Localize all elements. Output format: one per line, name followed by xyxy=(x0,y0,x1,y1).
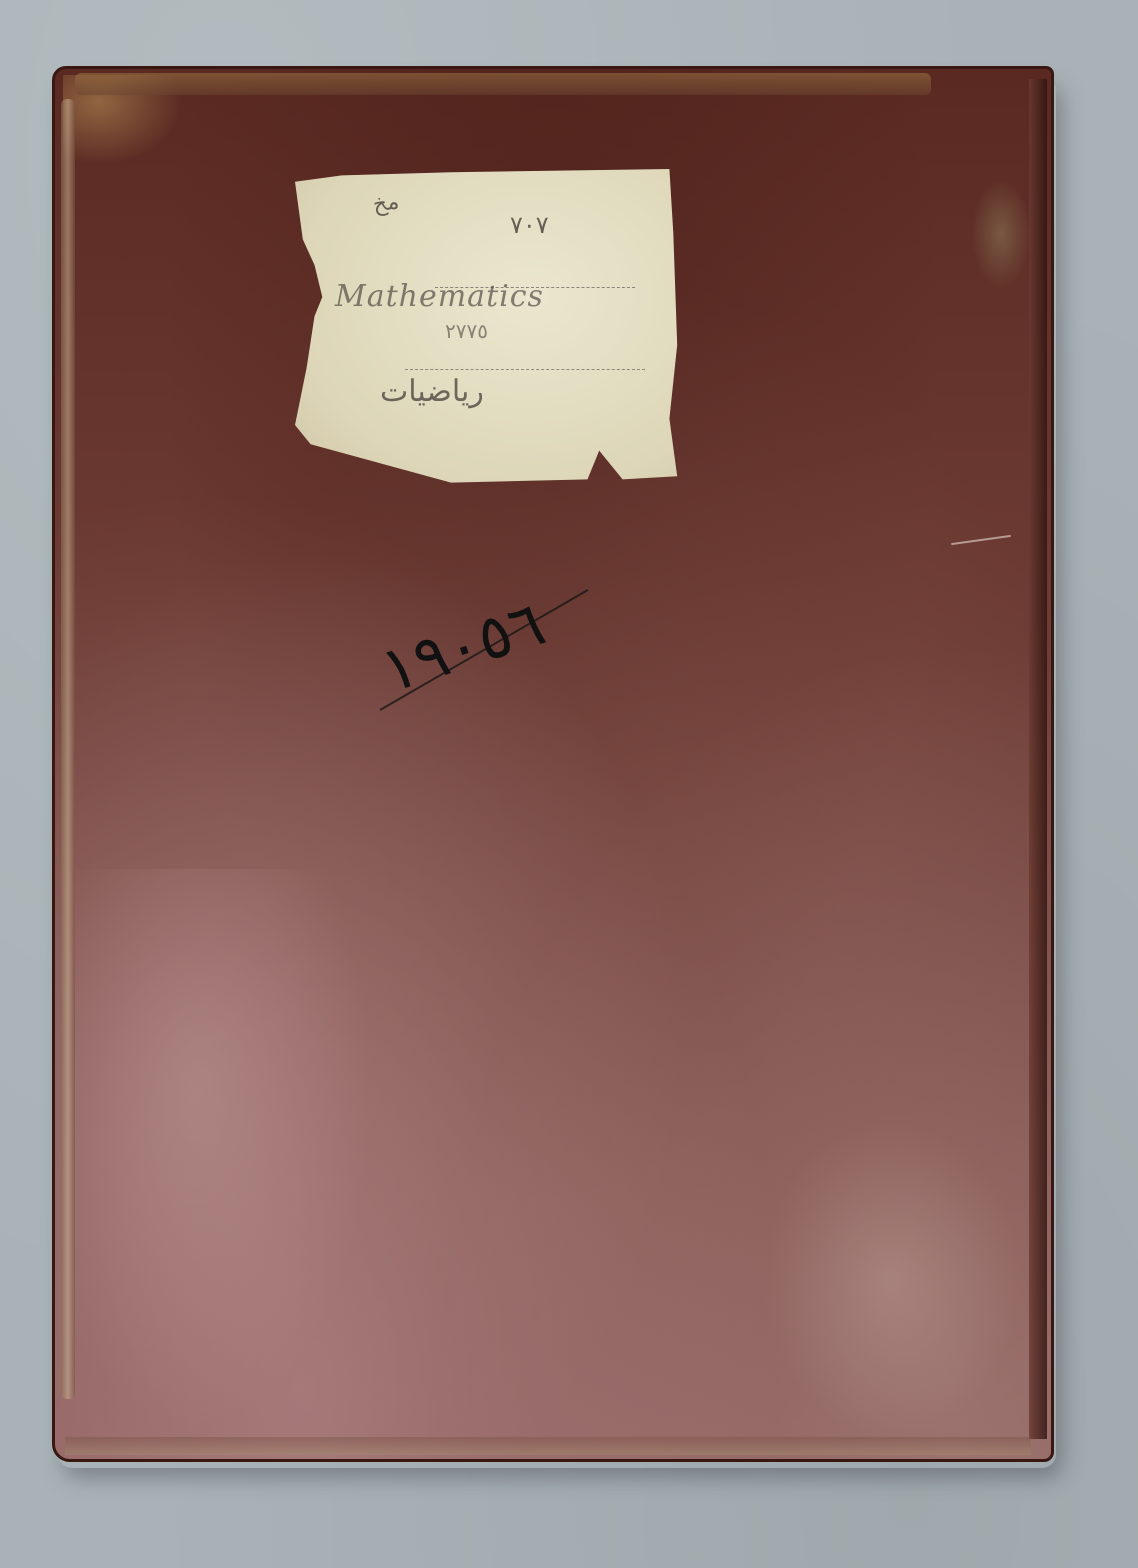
photo-scene: مخ ٧٠٧ Mathematics ٢٧٧٥ رياضيات ١٩٠٥٦ xyxy=(0,0,1138,1568)
label-note-top-left: مخ xyxy=(371,189,400,217)
shelf-number-inscription: ١٩٠٥٦ xyxy=(372,586,553,707)
cover-edge-bottom xyxy=(65,1437,1031,1455)
cover-edge-top xyxy=(75,73,931,95)
leather-sheen-right xyxy=(761,1119,1021,1439)
cover-edge-left xyxy=(61,99,75,1399)
label-note-top-right: ٧٠٧ xyxy=(510,211,549,239)
paper-label: مخ ٧٠٧ Mathematics ٢٧٧٥ رياضيات xyxy=(295,169,685,489)
leather-sheen-left xyxy=(75,869,375,1429)
leather-book-cover: مخ ٧٠٧ Mathematics ٢٧٧٥ رياضيات ١٩٠٥٦ xyxy=(52,66,1054,1462)
label-rule-2 xyxy=(405,369,645,371)
label-title-latin: Mathematics xyxy=(335,279,544,314)
cover-edge-spine-side xyxy=(1029,79,1047,1439)
label-title-arabic: رياضيات xyxy=(380,374,484,409)
leather-crack xyxy=(951,535,1011,545)
worn-patch-top-right xyxy=(971,179,1031,289)
label-number: ٢٧٧٥ xyxy=(445,319,488,343)
